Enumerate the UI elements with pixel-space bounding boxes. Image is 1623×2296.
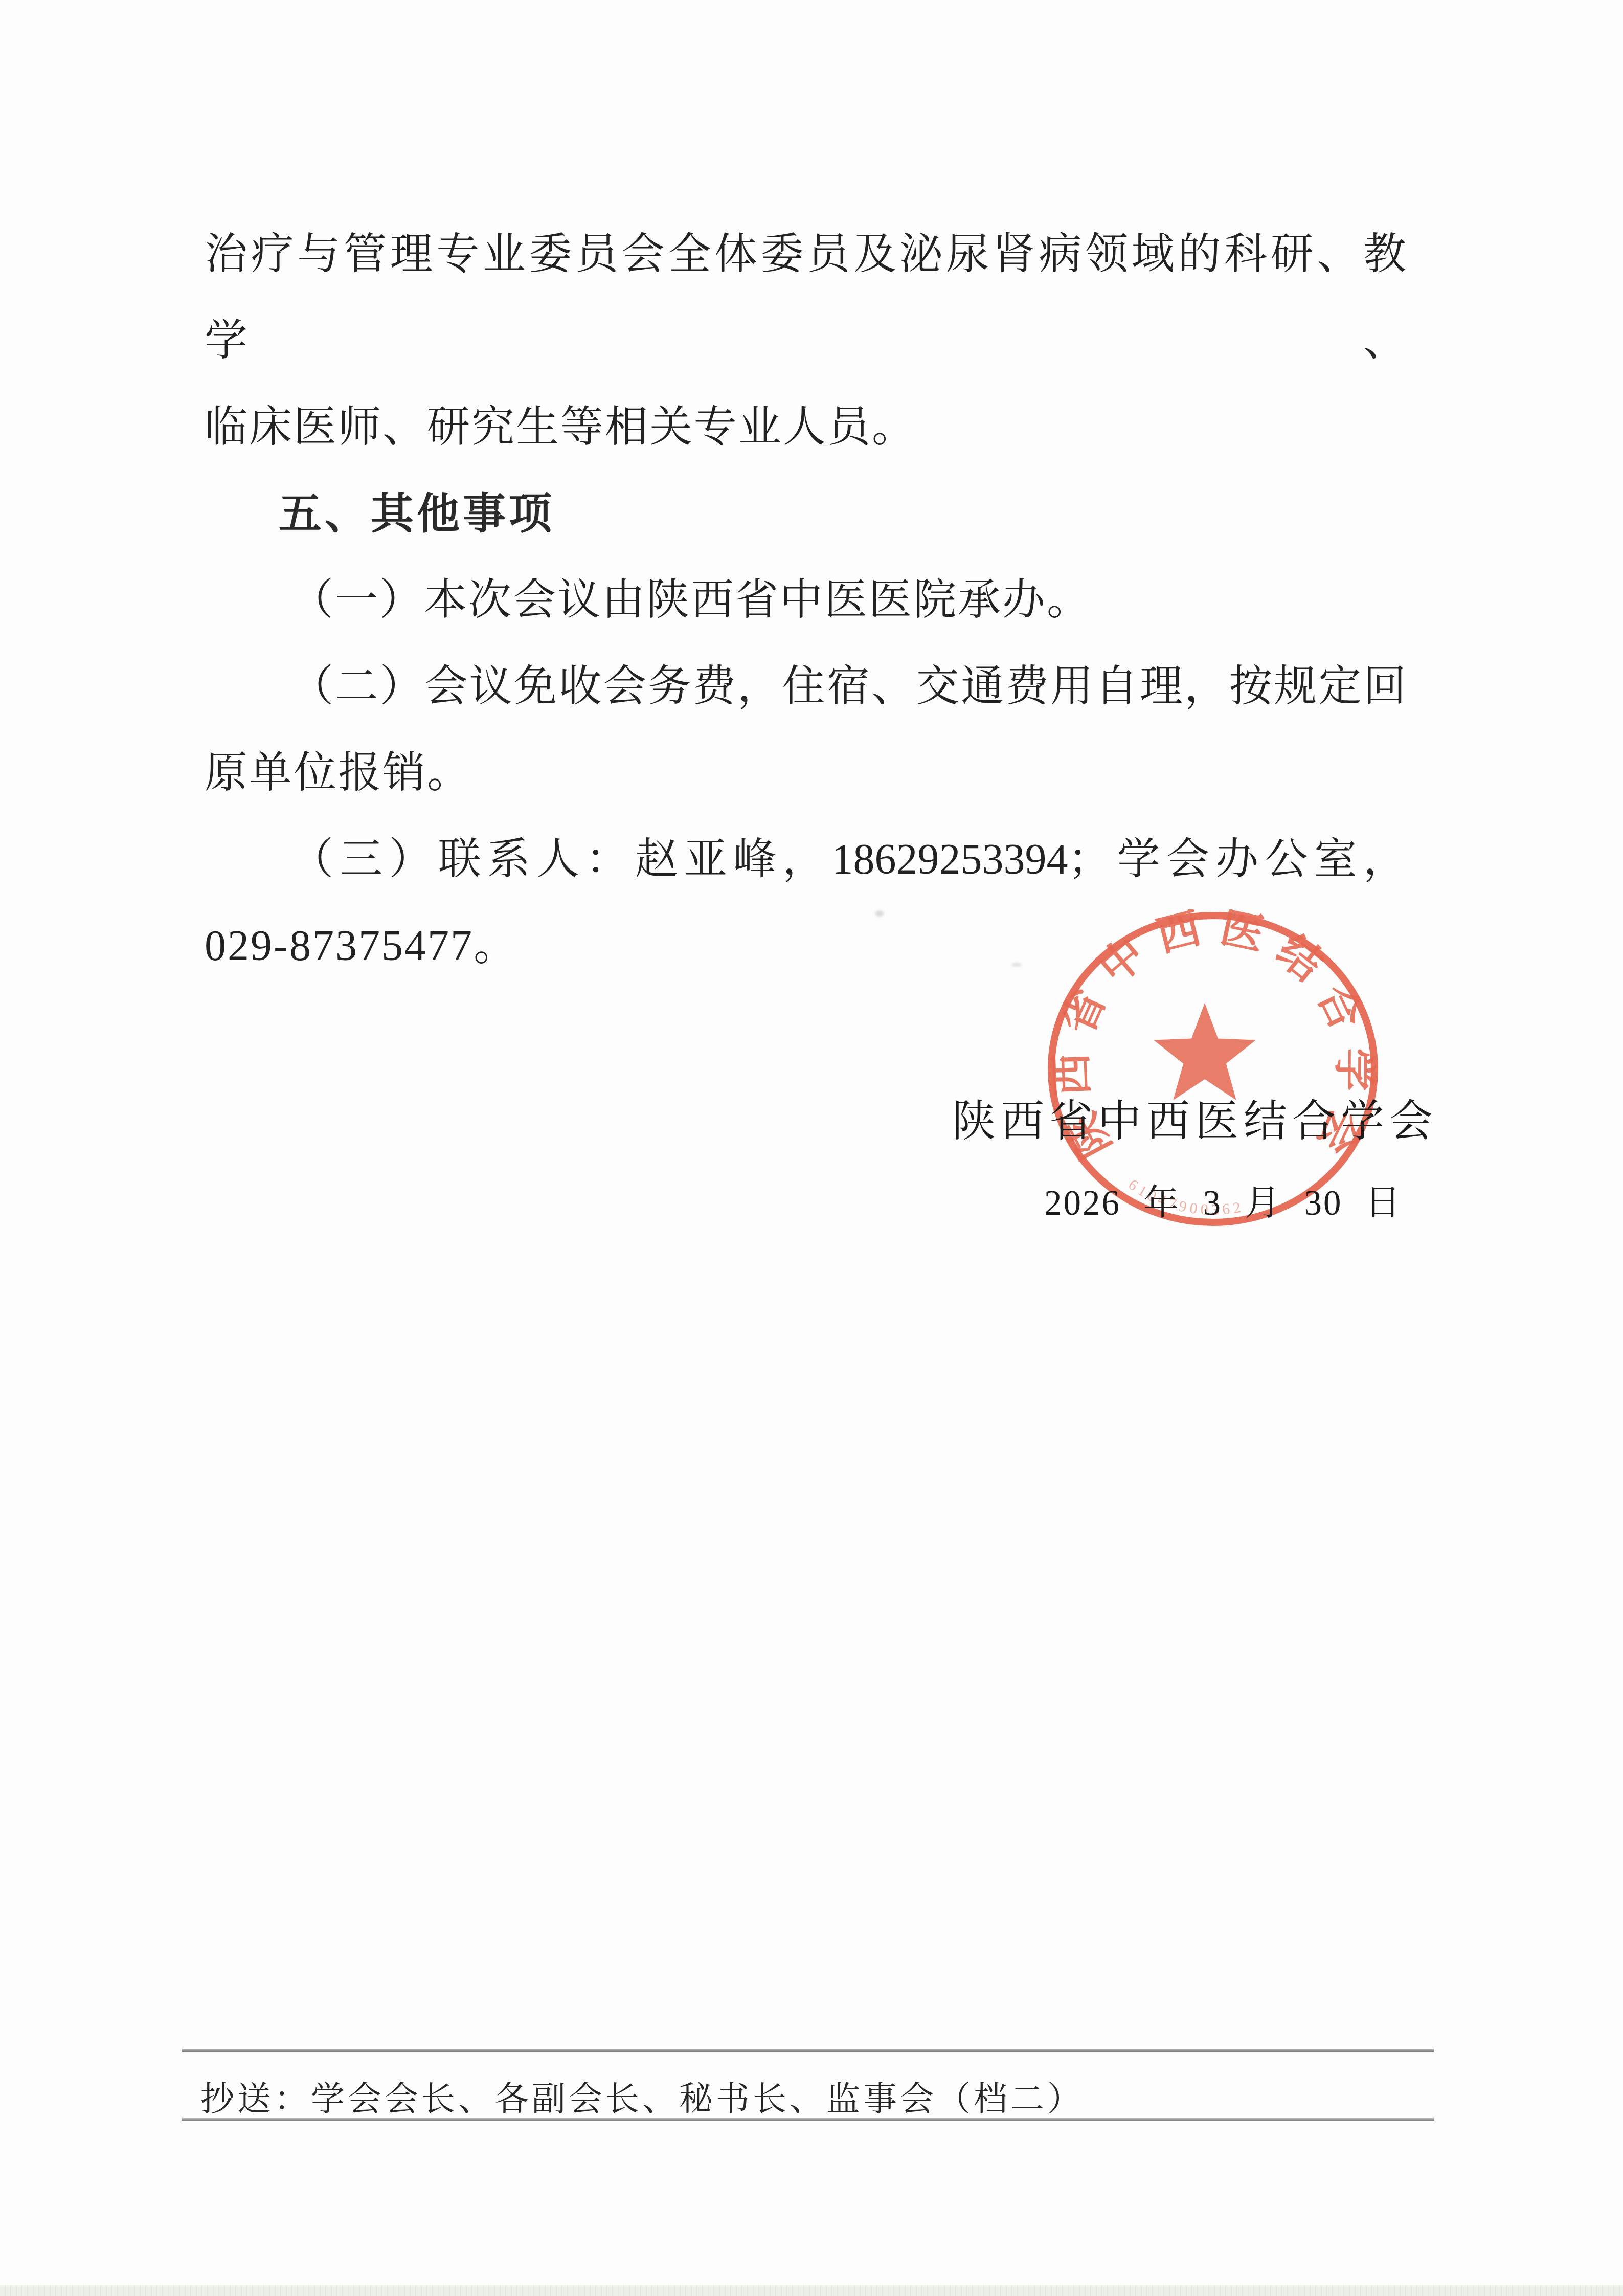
scan-speck — [875, 910, 884, 917]
scan-speck — [1011, 963, 1022, 967]
footer-divider-bottom — [182, 2118, 1434, 2121]
body-text-block: 治疗与管理专业委员会全体委员及泌尿肾病领域的科研、教学、 临床医师、研究生等相关… — [205, 211, 1406, 989]
body-line: 原单位报销。 — [205, 730, 1406, 816]
org-signature: 陕西省中西医结合学会 — [952, 1086, 1438, 1149]
cc-line: 抄送：学会会长、各副会长、秘书长、监事会（档二） — [200, 2071, 1084, 2120]
document-page: 治疗与管理专业委员会全体委员及泌尿肾病领域的科研、教学、 临床医师、研究生等相关… — [0, 0, 1623, 2296]
body-line: （一）本次会议由陕西省中医医院承办。 — [205, 557, 1406, 643]
signature-date: 2026 年 3 月 30 日 — [1044, 1174, 1402, 1225]
body-line: （二）会议免收会务费，住宿、交通费用自理，按规定回 — [205, 643, 1406, 730]
scan-edge-artifact — [0, 2285, 1623, 2296]
body-line: （三）联系人：赵亚峰，18629253394；学会办公室， — [205, 816, 1406, 903]
section-heading: 五、其他事项 — [205, 471, 1406, 557]
body-line: 治疗与管理专业委员会全体委员及泌尿肾病领域的科研、教学、 — [205, 211, 1406, 384]
footer-divider-top — [182, 2049, 1434, 2052]
body-line: 临床医师、研究生等相关专业人员。 — [205, 384, 1406, 471]
seal-star-icon — [1154, 1003, 1256, 1100]
